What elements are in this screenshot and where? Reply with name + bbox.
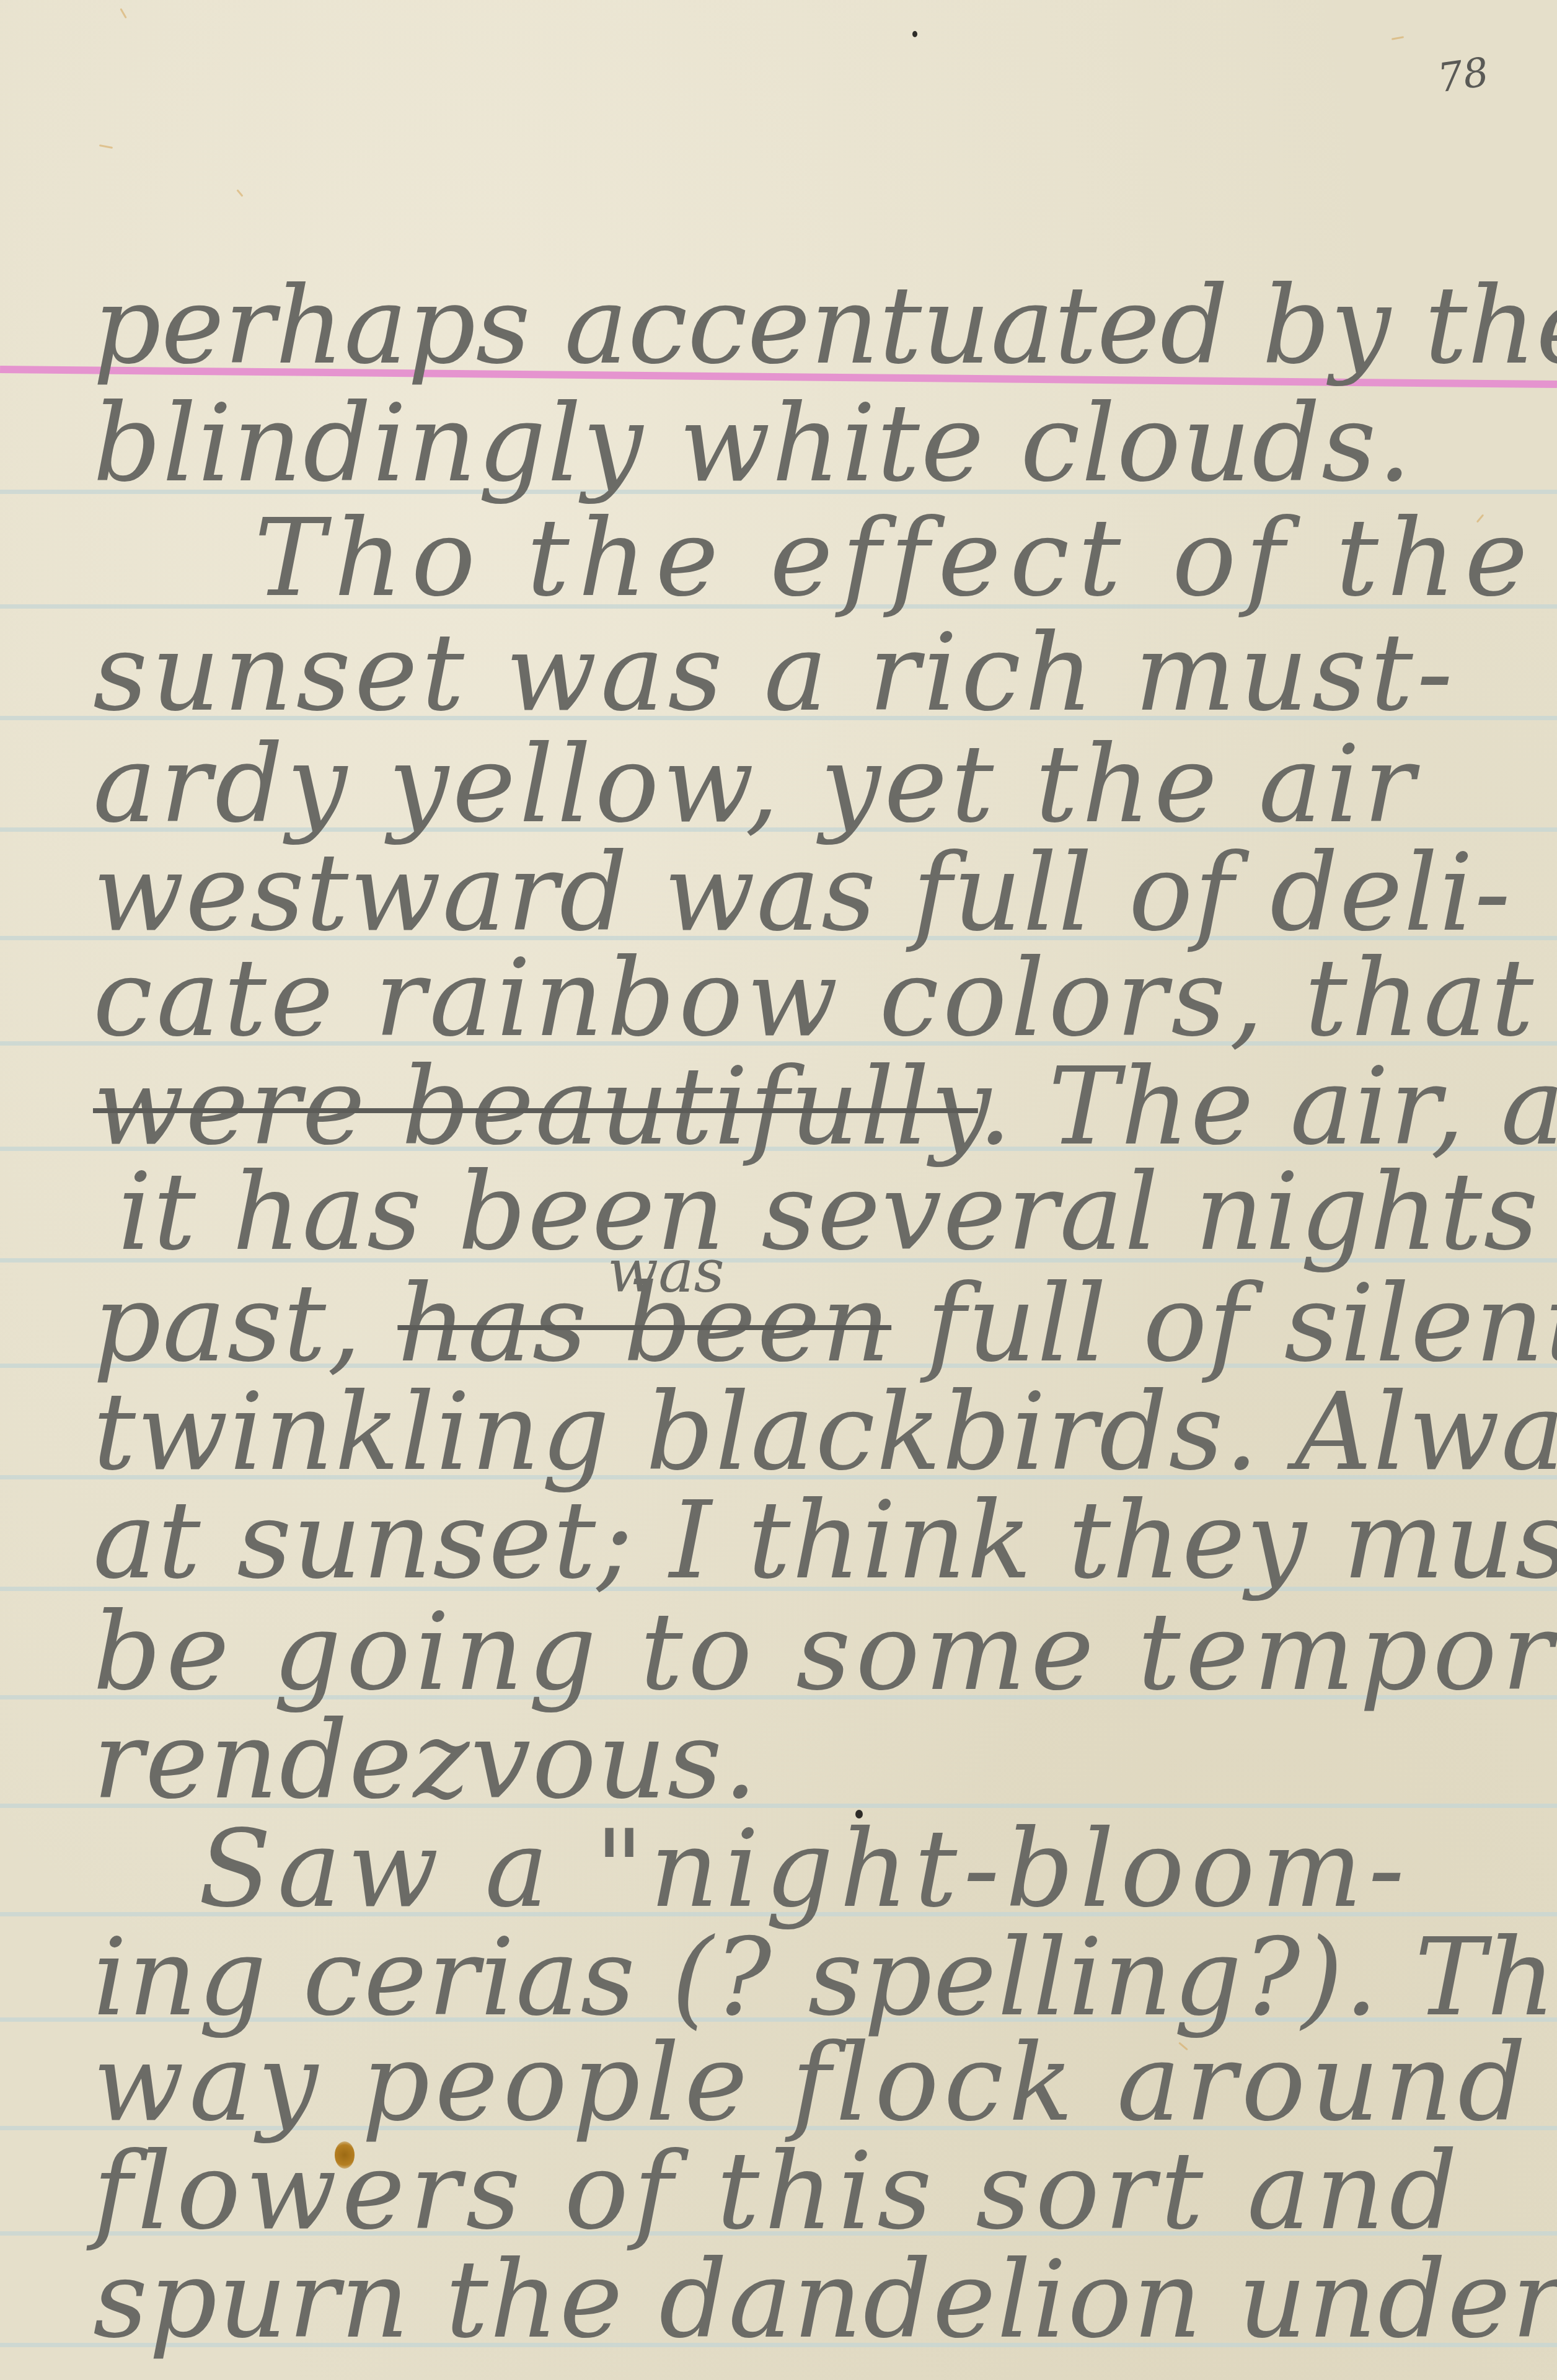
- paper-fiber: [120, 8, 127, 19]
- manuscript-line-6: westward was full of deli-: [93, 840, 1512, 946]
- manuscript-line-5: ardy yellow, yet the air: [93, 731, 1418, 838]
- paper-fiber: [99, 144, 113, 149]
- manuscript-line-8: were beautifully. The air, as: [93, 1054, 1557, 1160]
- manuscript-page: 78 perhaps accentuated by the blindingly…: [0, 0, 1557, 2380]
- paper-fiber: [236, 189, 243, 197]
- manuscript-line-11: twinkling blackbirds. Always: [93, 1379, 1557, 1486]
- manuscript-line-19: spurn the dandelion under: [93, 2247, 1557, 2353]
- manuscript-line-3: Tho the effect of the: [254, 505, 1537, 612]
- line-text: full of silently: [891, 1261, 1557, 1386]
- paper-fiber: [1392, 36, 1404, 40]
- manuscript-line-7: cate rainbow colors, that: [93, 945, 1537, 1052]
- pencil-dot: [912, 31, 917, 37]
- manuscript-line-4: sunset was a rich must-: [93, 620, 1457, 726]
- manuscript-line-2: blindingly white clouds.: [93, 390, 1413, 497]
- manuscript-line-12: at sunset; I think they must: [93, 1487, 1557, 1594]
- page-number: 78: [1435, 50, 1491, 102]
- line-text: past,: [93, 1261, 397, 1386]
- manuscript-line-15: Saw a "night-bloom-: [198, 1816, 1411, 1923]
- manuscript-line-10: past, has been full of silently: [93, 1271, 1557, 1377]
- manuscript-line-16: ing cerias (? spelling?). The: [93, 1924, 1557, 2031]
- manuscript-line-18: flowers of this sort and: [93, 2138, 1462, 2245]
- manuscript-line-14: rendezvous.: [93, 1708, 759, 1814]
- manuscript-line-17: way people flock around: [93, 2030, 1531, 2136]
- manuscript-line-9: it has been several nights: [118, 1159, 1540, 1266]
- manuscript-line-1: perhaps accentuated by the: [93, 273, 1557, 379]
- manuscript-line-13: be going to some temporary: [93, 1599, 1557, 1706]
- struck-text: has been: [397, 1261, 891, 1386]
